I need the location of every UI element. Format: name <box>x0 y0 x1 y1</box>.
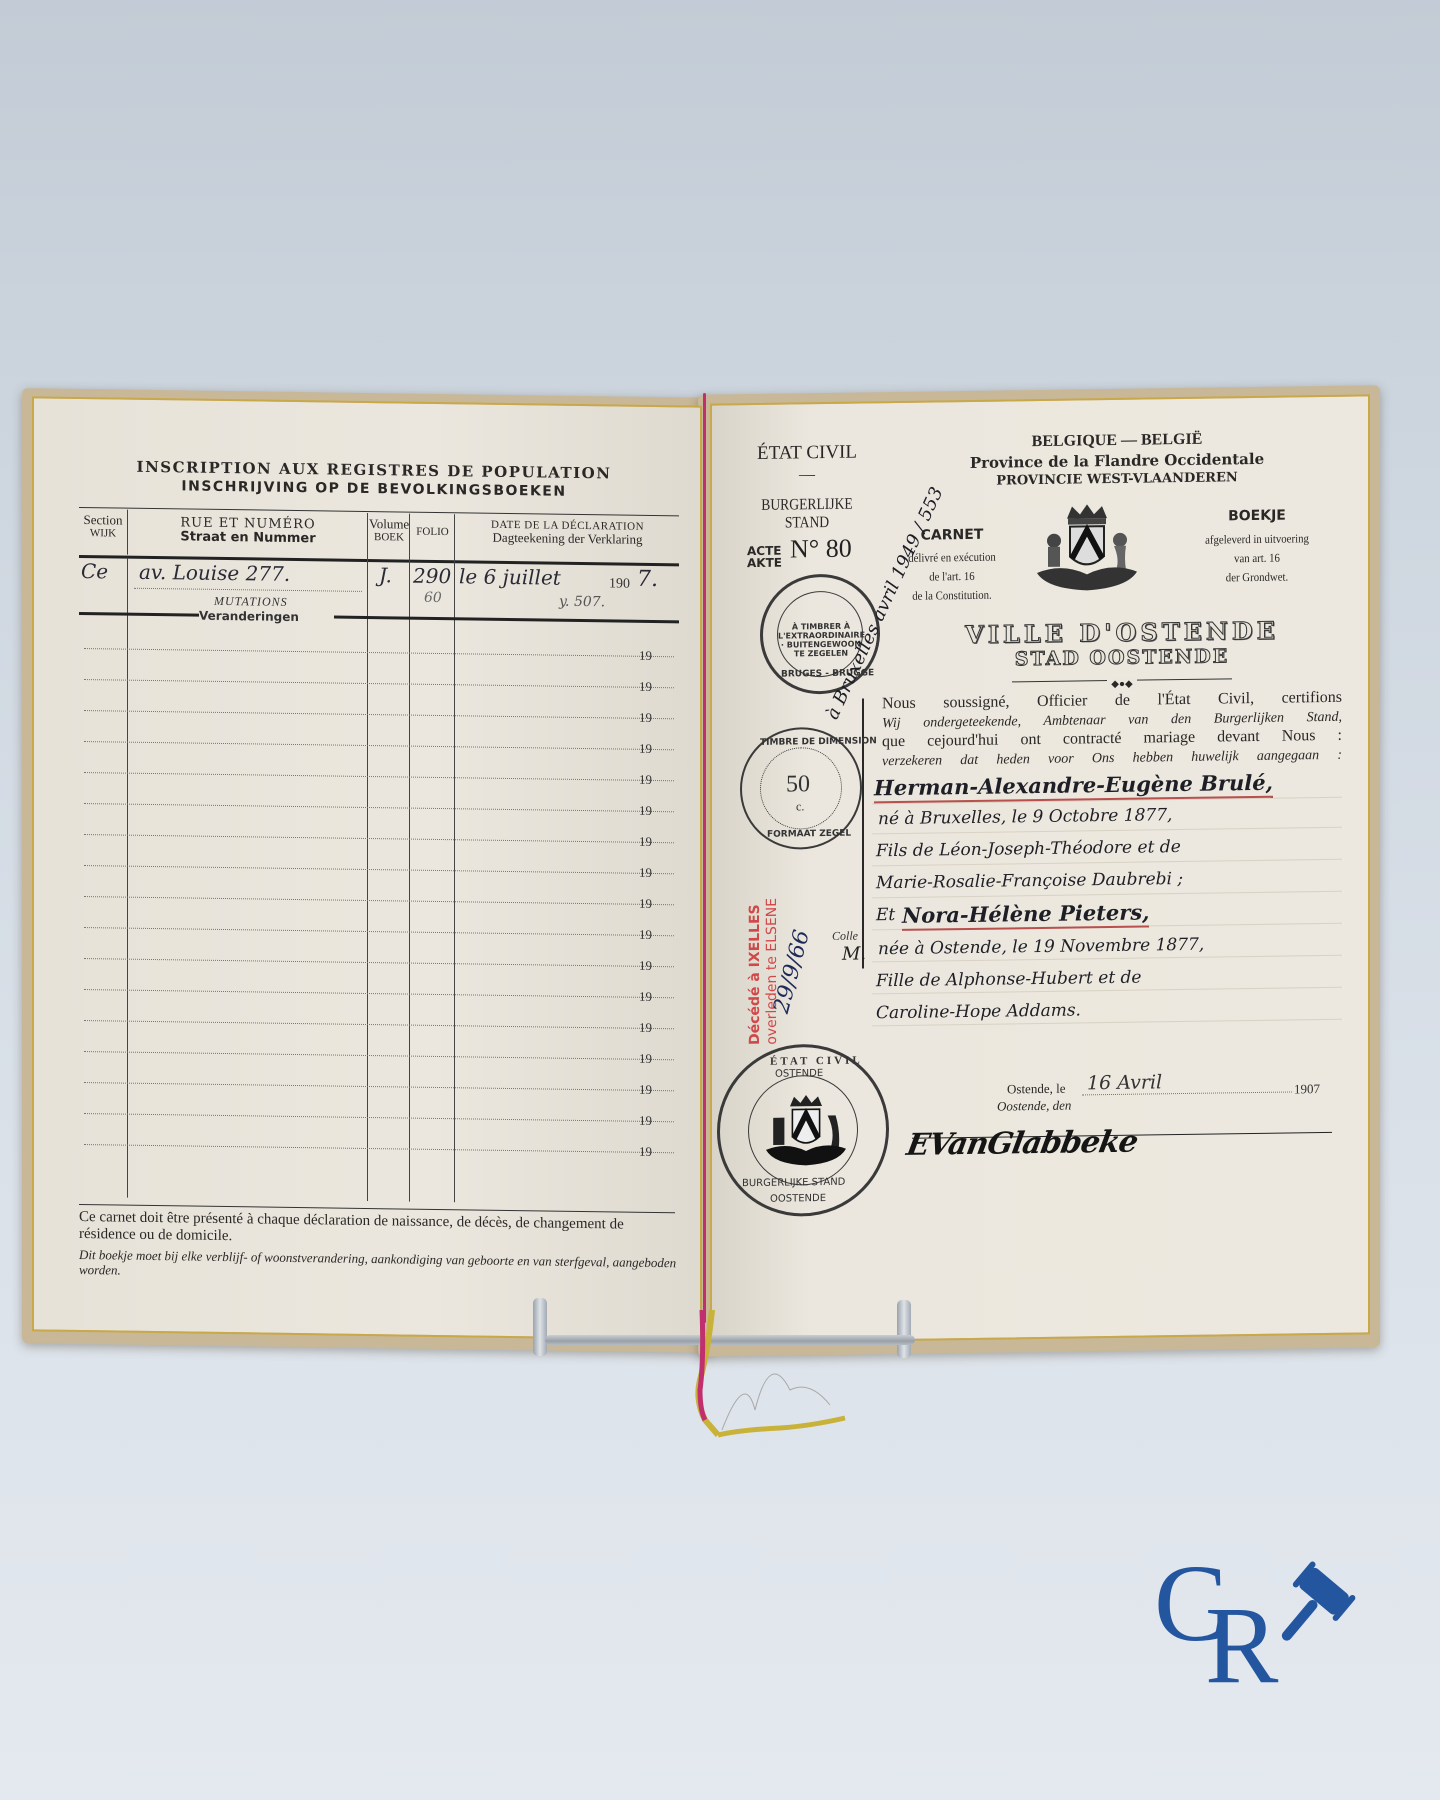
mutation-row <box>84 679 674 688</box>
boekje-subtext: afgeleverd in uitvoering van art. 16 der… <box>1172 529 1343 588</box>
declaration-line-4: verzekeren dat heden voor Ons hebben huw… <box>882 748 1342 770</box>
column-header-street: RUE ET NUMÉRO Straat en Nummer <box>129 516 367 548</box>
stamp-etat-civil-seal: ÉTAT CIVIL OSTENDE BURGERLIJKE STAND OOS… <box>717 1043 889 1217</box>
mutation-row <box>84 958 674 967</box>
mutation-row <box>84 1051 674 1060</box>
entry-date: le 6 juillet <box>459 564 561 589</box>
mutation-year-prefix: 19 <box>639 1051 652 1067</box>
mutation-row <box>84 648 674 657</box>
right-page-marriage-certificate: ÉTAT CIVIL — BURGERLIJKE STAND ACTE AKTE… <box>710 394 1370 1343</box>
place-label-nl: Oostende, den <box>997 1098 1071 1115</box>
groom-parents-1: Fils de Léon-Joseph-Théodore et de <box>876 837 1181 861</box>
certificate-date: 16 Avril <box>1087 1071 1162 1094</box>
mutation-year-prefix: 19 <box>639 772 652 788</box>
place-label-fr: Ostende, le <box>1007 1081 1065 1098</box>
cr-auction-logo: C R <box>1150 1540 1370 1710</box>
bride-prefix: Et <box>876 905 895 925</box>
entry-year-prefix: 190 <box>609 576 630 592</box>
mutation-row <box>84 927 674 936</box>
mutations-label: MUTATIONS <box>214 594 288 610</box>
ribbon-tails-icon <box>660 1310 900 1460</box>
stamp-timbre-dimension: TIMBRE DE DIMENSION 50 c. FORMAAT ZEGEL <box>740 726 862 850</box>
open-booklet: INSCRIPTION AUX REGISTRES DE POPULATION … <box>22 393 1378 1353</box>
colle-label: Colle <box>832 929 858 944</box>
boekje-title: BOEKJE <box>1172 507 1342 525</box>
bride-parents-1: Fille de Alphonse-Hubert et de <box>876 968 1142 992</box>
act-number: N° 80 <box>790 534 852 565</box>
entry-folio-sub: 60 <box>424 590 442 606</box>
mutation-year-prefix: 19 <box>639 1082 652 1098</box>
entry-section: Ce <box>81 559 108 583</box>
column-header-date: DATE DE LA DÉCLARATION Dagteekening der … <box>456 518 679 548</box>
mutation-year-prefix: 19 <box>639 1020 652 1036</box>
seal-coat-of-arms-icon <box>762 1087 850 1173</box>
mutation-row <box>84 741 674 750</box>
entry-volume: J. <box>379 563 392 587</box>
entry-date-sub: y. 507. <box>559 594 605 611</box>
heading-dash: — <box>737 465 877 485</box>
mutation-row <box>84 1082 674 1091</box>
entry-folio: 290 <box>413 564 451 589</box>
mutation-year-prefix: 19 <box>639 648 652 664</box>
footer-note-fr: Ce carnet doit être présenté à chaque dé… <box>79 1209 679 1251</box>
certificate-year: 1907 <box>1294 1081 1320 1097</box>
officer-signature: EVanGlabbeke <box>904 1125 1140 1163</box>
stand-left-post <box>533 1298 547 1356</box>
mutation-row <box>84 710 674 719</box>
left-page-population-register: INSCRIPTION AUX REGISTRES DE POPULATION … <box>32 396 702 1340</box>
column-header-folio: FOLIO <box>411 526 454 539</box>
groom-birth: né à Bruxelles, le 9 Octobre 1877, <box>878 805 1172 829</box>
groom-parents-2: Marie-Rosalie-Françoise Daubrebi ; <box>876 869 1183 893</box>
mutation-row <box>84 772 674 781</box>
ribbon-bookmark-magenta <box>703 393 706 1323</box>
mutation-year-prefix: 19 <box>639 865 652 881</box>
mutation-year-prefix: 19 <box>639 958 652 974</box>
acte-akte-label: ACTE AKTE <box>747 545 782 569</box>
colle-value: M. <box>842 943 866 964</box>
mutation-year-prefix: 19 <box>639 927 652 943</box>
etat-civil-heading: ÉTAT CIVIL <box>737 441 877 465</box>
entry-year-suffix: 7. <box>637 567 658 592</box>
mutation-year-prefix: 19 <box>639 1113 652 1129</box>
mutation-year-prefix: 19 <box>639 741 652 757</box>
burgerlijke-stand-heading: BURGERLIJKE STAND <box>743 495 871 533</box>
mutation-year-prefix: 19 <box>639 989 652 1005</box>
mutation-year-prefix: 19 <box>639 679 652 695</box>
mutation-row <box>84 865 674 874</box>
mutation-year-prefix: 19 <box>639 834 652 850</box>
mutation-row <box>84 1113 674 1122</box>
mutation-row <box>84 1020 674 1029</box>
bride-parents-2: Caroline-Hope Addams. <box>876 1000 1081 1023</box>
mutation-row <box>84 803 674 812</box>
mutation-year-prefix: 19 <box>639 803 652 819</box>
ornament-divider: ◆●◆ <box>1012 672 1232 689</box>
mutation-year-prefix: 19 <box>639 1144 652 1160</box>
mutation-year-prefix: 19 <box>639 896 652 912</box>
bride-birth: née à Ostende, le 19 Novembre 1877, <box>878 935 1204 960</box>
red-death-stamp: Décédé à IXELLES overleden te ELSENE <box>747 898 781 1045</box>
declaration-line-1: Nous soussigné, Officier de l'État Civil… <box>882 689 1342 713</box>
mutation-row <box>84 896 674 905</box>
bride-name: Nora-Hélène Pieters, <box>902 899 1149 930</box>
footer-note-nl: Dit boekje moet bij elke verblijf- of wo… <box>79 1247 679 1285</box>
column-header-section: Section WIJK <box>79 513 127 540</box>
mutation-year-prefix: 19 <box>639 710 652 726</box>
mutation-row <box>84 1144 674 1153</box>
mutation-row <box>84 834 674 843</box>
groom-name: Herman-Alexandre-Eugène Brulé, <box>874 770 1273 804</box>
column-header-volume: Volume BOEK <box>369 517 409 544</box>
gavel-icon <box>1280 1558 1370 1648</box>
mutation-row <box>84 989 674 998</box>
ostend-coat-of-arms-icon <box>1032 500 1142 597</box>
entry-street: av. Louise 277. <box>139 560 290 586</box>
register-table: Section WIJK RUE ET NUMÉRO Straat en Num… <box>79 507 679 515</box>
veranderingen-label: Veranderingen <box>199 609 299 624</box>
